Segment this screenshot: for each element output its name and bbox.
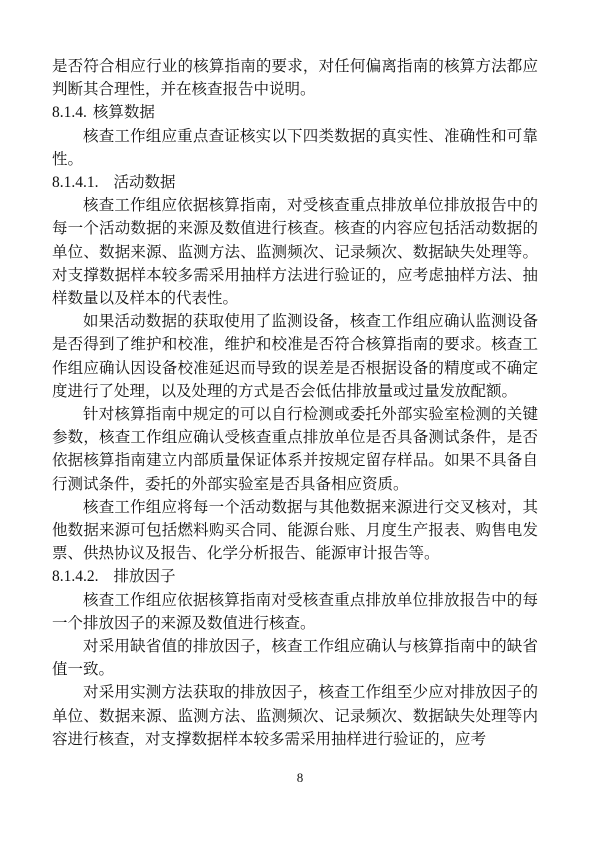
- section-number: 8.1.4.1.: [52, 171, 99, 194]
- section-title: 核算数据: [93, 101, 155, 124]
- document-page: 是否符合相应行业的核算指南的要求，对任何偏离指南的核算方法都应判断其合理性，并在…: [0, 0, 600, 848]
- paragraph: 对采用缺省值的排放因子，核查工作组应确认与核算指南中的缺省值一致。: [52, 635, 538, 681]
- paragraph: 针对核算指南中规定的可以自行检测或委托外部实验室检测的关键参数，核查工作组应确认…: [52, 403, 538, 496]
- paragraph: 核查工作组应将每一个活动数据与其他数据来源进行交叉核对，其他数据来源可包括燃料购…: [52, 496, 538, 566]
- paragraph: 是否符合相应行业的核算指南的要求，对任何偏离指南的核算方法都应判断其合理性，并在…: [52, 55, 538, 101]
- section-heading-8-1-4-1: 8.1.4.1.活动数据: [52, 171, 538, 194]
- section-title: 活动数据: [114, 171, 176, 194]
- section-title: 排放因子: [114, 565, 176, 588]
- paragraph: 对采用实测方法获取的排放因子，核查工作组至少应对排放因子的单位、数据来源、监测方…: [52, 681, 538, 751]
- page-number: 8: [0, 770, 600, 786]
- paragraph: 核查工作组应依据核算指南对受核查重点排放单位排放报告中的每一个排放因子的来源及数…: [52, 589, 538, 635]
- section-number: 8.1.4.2.: [52, 565, 99, 588]
- paragraph: 核查工作组应依据核算指南，对受核查重点排放单位排放报告中的每一个活动数据的来源及…: [52, 194, 538, 310]
- section-heading-8-1-4: 8.1.4.核算数据: [52, 101, 538, 124]
- paragraph: 核查工作组应重点查证核实以下四类数据的真实性、准确性和可靠性。: [52, 125, 538, 171]
- paragraph: 如果活动数据的获取使用了监测设备，核查工作组应确认监测设备是否得到了维护和校准，…: [52, 310, 538, 403]
- section-heading-8-1-4-2: 8.1.4.2.排放因子: [52, 565, 538, 588]
- document-body: 是否符合相应行业的核算指南的要求，对任何偏离指南的核算方法都应判断其合理性，并在…: [52, 55, 538, 751]
- section-number: 8.1.4.: [52, 101, 87, 124]
